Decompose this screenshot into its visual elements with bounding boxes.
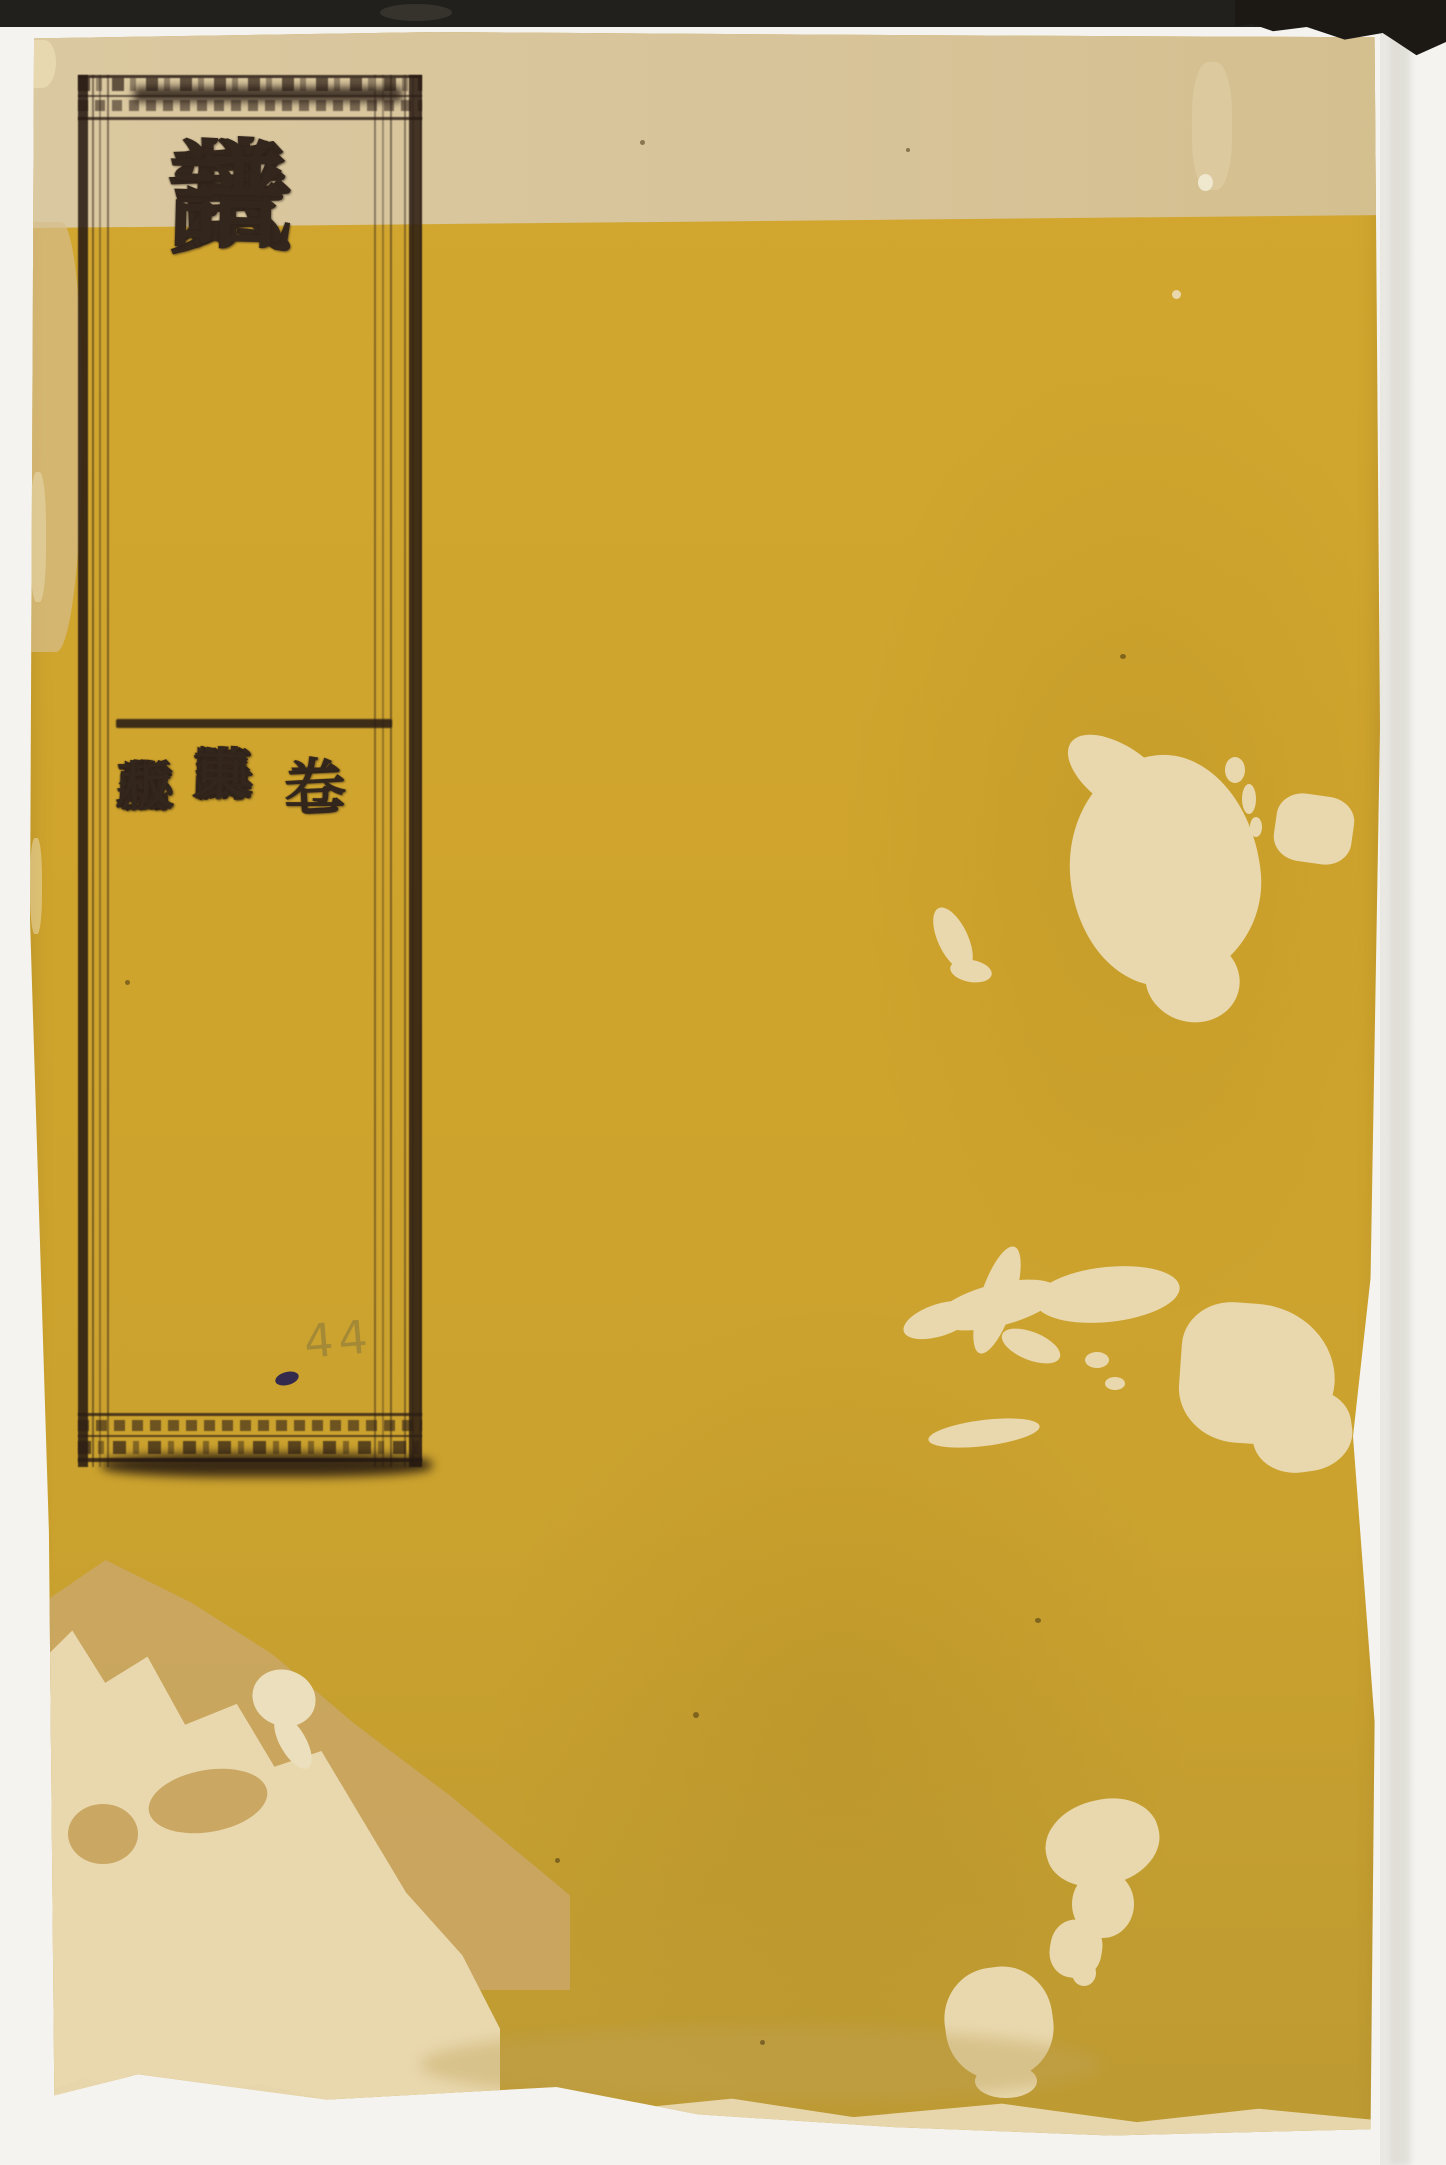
paper-damage-blob xyxy=(948,957,993,986)
ink-smudge xyxy=(134,87,402,102)
ink-smudge xyxy=(102,1453,432,1477)
imprint-char: 板 xyxy=(120,746,176,831)
imprint-char: 東 xyxy=(191,734,250,819)
paper-damage-blob xyxy=(1172,290,1181,299)
speck xyxy=(1035,1618,1041,1623)
edge-wear-streak xyxy=(30,838,42,934)
volume-char: 二 xyxy=(284,743,346,835)
frame-left-border xyxy=(78,75,114,1467)
title-char: 譜 xyxy=(166,124,286,275)
bottom-edge-stain xyxy=(420,2027,1100,2102)
speck xyxy=(555,1858,560,1863)
edge-wear-streak xyxy=(1192,62,1232,190)
scan-edge-shadow xyxy=(1390,0,1410,2165)
paper-damage-blob xyxy=(1242,784,1256,814)
speck xyxy=(1120,654,1126,659)
paper-damage-blob xyxy=(1250,817,1262,837)
speck xyxy=(906,148,910,152)
scanner-black-bar xyxy=(0,0,1446,27)
paper-damage-streak xyxy=(927,1413,1041,1452)
paper-damage-streak xyxy=(997,1321,1065,1370)
paper-damage-streak xyxy=(899,1293,980,1347)
edge-wear-streak xyxy=(30,472,46,602)
speck xyxy=(760,2040,765,2045)
paper-damage-blob xyxy=(1225,757,1245,783)
speck xyxy=(640,140,645,145)
paper-damage-blob xyxy=(1198,174,1213,191)
frame-right-border xyxy=(370,75,422,1467)
paper-damage-blob xyxy=(1271,790,1358,868)
paper-damage-blob xyxy=(1072,1960,1096,1986)
label-divider-rule xyxy=(116,719,392,728)
torn-island xyxy=(68,1804,138,1864)
scanner-bar-smudge xyxy=(380,4,452,21)
paper-damage-streak xyxy=(1085,1352,1109,1368)
paper-damage-streak xyxy=(1105,1377,1125,1390)
title-label-frame: 黃 氏 宗 譜 卷 二 局 設 海 門 東 昌 鎮 東 南 七 里 亦 政 堂 … xyxy=(78,75,422,1467)
speck xyxy=(693,1712,699,1718)
paper-damage-streak xyxy=(1033,1260,1183,1330)
scan-page: 44 黃 氏 宗 譜 卷 二 局 設 海 門 東 昌 鎮 東 xyxy=(0,0,1446,2165)
